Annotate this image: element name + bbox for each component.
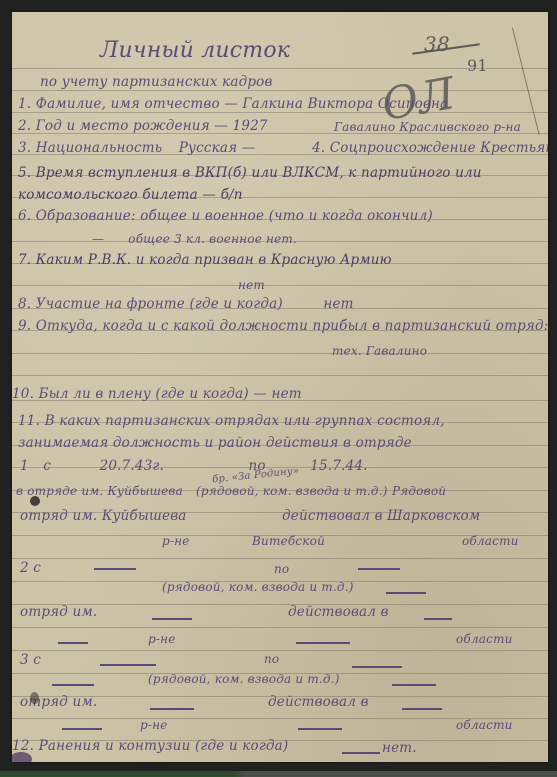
field-7: 7. Каким Р.В.К. и когда призван в Красну… xyxy=(18,252,392,268)
field-1: 1. Фамилие, имя отчество — Галкина Викто… xyxy=(18,96,448,112)
service-2-num: 2 xyxy=(20,560,29,576)
service-1-acted-label: действовал в xyxy=(282,508,383,524)
field-1-label: Фамилие, имя отчество xyxy=(36,96,220,112)
service-3-rank-blank-a xyxy=(52,684,94,686)
margin-line xyxy=(512,28,540,135)
service-3-num: 3 xyxy=(20,652,29,668)
service-1-region-label: области xyxy=(462,534,519,548)
service-3-dates: 3 с xyxy=(20,652,41,668)
field-4-value: Крестьянка xyxy=(480,140,548,156)
field-10-value: нет xyxy=(272,386,302,402)
field-9-label: Откуда, когда и с какой должности прибыл… xyxy=(36,318,548,334)
punch-hole-mark xyxy=(30,496,40,506)
field-9-value: тех. Гавалино xyxy=(332,344,427,358)
service-2-district-label: р-не xyxy=(148,632,176,646)
field-3-value: Русская xyxy=(179,140,238,156)
field-1-value: Галкина Виктора Осиповна xyxy=(242,96,448,112)
document-page: Личный листок 38 91 ОЛ по учету партизан… xyxy=(12,12,548,762)
service-1-from-label: с xyxy=(43,458,51,474)
archive-number-old: 38 xyxy=(424,32,450,56)
field-2: 2. Год и место рождения — 1927 xyxy=(18,118,268,134)
field-3-num: 3. xyxy=(18,140,31,156)
service-3-district-blank-a xyxy=(62,728,102,730)
service-3-to-blank xyxy=(352,666,402,668)
field-11: 11. В каких партизанских отрядах или гру… xyxy=(18,410,538,454)
field-11-label: В каких партизанских отрядах или группах… xyxy=(18,413,445,451)
field-2-num: 2. xyxy=(18,118,31,134)
field-4-num: 4. xyxy=(312,140,325,156)
field-1-num: 1. xyxy=(18,96,31,112)
field-4: 4. Соцпроисхождение Крестьянка xyxy=(312,140,548,156)
service-2-region-label: области xyxy=(456,632,513,646)
field-6-value-text: общее 3 кл. военное нет. xyxy=(128,232,297,246)
service-3-acted-label: действовал в xyxy=(268,694,369,710)
service-3-rank-blank-b xyxy=(392,684,436,686)
punch-hole-mark xyxy=(30,692,39,704)
service-2-rank-blank xyxy=(386,592,426,594)
field-9: 9. Откуда, когда и с какой должности при… xyxy=(18,318,548,334)
service-3-region-label: области xyxy=(456,718,513,732)
field-8-num: 8. xyxy=(18,296,31,312)
field-9-num: 9. xyxy=(18,318,31,334)
service-1-to: 15.7.44. xyxy=(310,458,367,474)
service-2-unit-blank xyxy=(152,618,192,620)
field-4-label: Соцпроисхождение xyxy=(330,140,476,156)
field-3-label: Национальность xyxy=(36,140,162,156)
field-10: 10. Был ли в плену (где и когда) — нет xyxy=(12,386,302,402)
bottom-strip xyxy=(0,771,557,777)
service-2-acted-blank xyxy=(424,618,452,620)
service-1-rank-hint: (рядовой, ком. взвода и т.д.) xyxy=(196,484,388,498)
service-3-district-label: р-не xyxy=(140,718,168,732)
field-2-year: 1927 xyxy=(233,118,268,134)
document-subtitle: по учету партизанских кадров xyxy=(40,74,273,90)
field-5-label: Время вступления в ВКП(б) или ВЛКСМ, к п… xyxy=(18,165,482,203)
service-3-to-label: по xyxy=(264,652,279,666)
field-8-label: Участие на фронте (где и когда) xyxy=(36,296,283,312)
field-3: 3. Национальность Русская — xyxy=(18,140,255,156)
field-12-value: нет. xyxy=(382,740,417,756)
service-1-rank: Рядовой xyxy=(392,484,446,498)
service-2-to-blank xyxy=(358,568,400,570)
service-3-rank-hint: (рядовой, ком. взвода и т.д.) xyxy=(148,672,340,686)
service-2-district-blank-a xyxy=(58,642,88,644)
field-12: 12. Ранения и контузии (где и когда) xyxy=(12,738,288,754)
field-10-label: Был ли в плену (где и когда) xyxy=(39,386,249,402)
field-5-num: 5. xyxy=(18,165,31,181)
field-5-value: б/п xyxy=(221,187,243,203)
service-1-unit-name: Куйбышева xyxy=(107,484,182,498)
service-2-dates: 2 с xyxy=(20,560,41,576)
field-6: 6. Образование: общее и военное (что и к… xyxy=(18,208,433,224)
service-2-from-blank xyxy=(94,568,136,570)
field-7-value: нет xyxy=(238,278,265,292)
service-3-district-blank-b xyxy=(298,728,342,730)
field-8-value: нет xyxy=(323,296,353,312)
service-2-rank-hint: (рядовой, ком. взвода и т.д.) xyxy=(162,580,354,594)
service-3-from-blank xyxy=(100,664,156,666)
field-2-label: Год и место рождения xyxy=(36,118,210,134)
service-2-to-label: по xyxy=(274,562,289,576)
document-title: Личный листок xyxy=(100,38,290,63)
service-1-district-label: р-не xyxy=(162,534,190,548)
service-2-district-blank-b xyxy=(296,642,350,644)
service-2-from-label: с xyxy=(33,560,41,576)
service-3-from-label: с xyxy=(33,652,41,668)
service-1-unit: в отряде им. Куйбышева xyxy=(16,484,183,498)
service-1-unit-prefix: в отряде им. xyxy=(16,484,103,498)
archive-number-new: 91 xyxy=(467,56,488,75)
service-1-unit-repeat: отряд им. Куйбышева xyxy=(20,508,187,524)
field-12-label: Ранения и контузии (где и когда) xyxy=(39,738,289,754)
field-2-place: Гавалино Красливского р-на xyxy=(334,120,521,134)
field-11-num: 11. xyxy=(18,413,40,429)
field-6-label: Образование: общее и военное (что и когд… xyxy=(36,208,433,224)
field-8: 8. Участие на фронте (где и когда) нет xyxy=(18,296,354,312)
field-7-label: Каким Р.В.К. и когда призван в Красную А… xyxy=(36,252,392,268)
field-10-num: 10. xyxy=(12,386,34,402)
service-1-from: 20.7.43г. xyxy=(100,458,164,474)
ink-stain xyxy=(12,752,32,762)
service-3-unit-blank xyxy=(150,708,194,710)
field-7-num: 7. xyxy=(18,252,31,268)
service-1-num: 1 xyxy=(20,458,29,474)
service-3-acted-blank xyxy=(402,708,442,710)
field-12-blank xyxy=(342,752,380,754)
service-1-acted: действовал в Шарковском xyxy=(282,508,480,524)
field-6-num: 6. xyxy=(18,208,31,224)
service-2-unit-prefix: отряд им. xyxy=(20,604,97,620)
service-1-district: Витебской xyxy=(252,534,325,548)
service-2-acted-label: действовал в xyxy=(288,604,389,620)
service-1-dates: 1 с 20.7.43г. по 15.7.44. xyxy=(20,458,368,474)
field-6-value: — общее 3 кл. военное нет. xyxy=(92,232,297,246)
field-5: 5. Время вступления в ВКП(б) или ВЛКСМ, … xyxy=(18,162,538,206)
service-1-acted-value: Шарковском xyxy=(387,508,480,524)
